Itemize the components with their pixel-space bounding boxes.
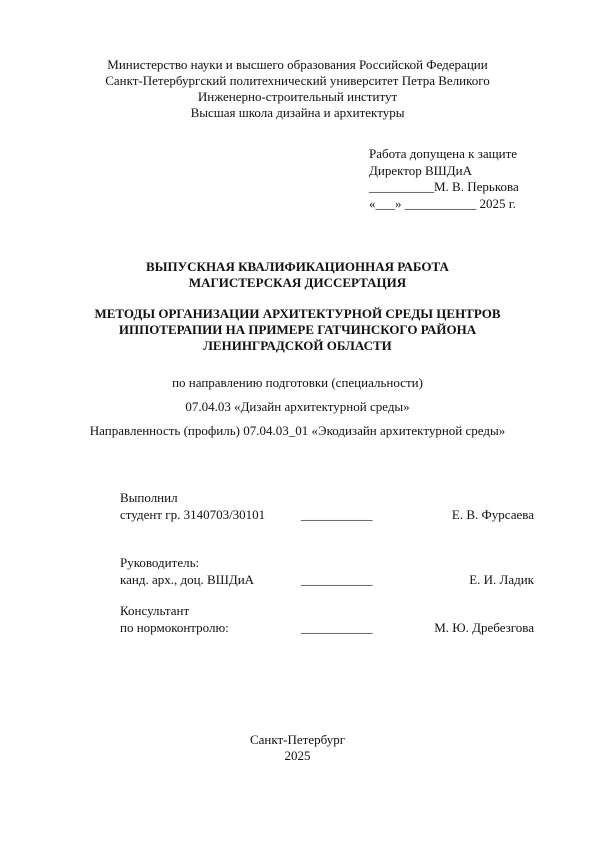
supervisor-signature-row: канд. арх., доц. ВШДиА ___________ Е. И.… (120, 572, 534, 588)
supervisor-signature-line: ___________ (301, 572, 373, 588)
consultant-signature-row: по нормоконтролю: ___________ М. Ю. Дреб… (120, 620, 534, 636)
work-type-line-2: МАГИСТЕРСКАЯ ДИССЕРТАЦИЯ (0, 275, 595, 291)
thesis-title-line-1: МЕТОДЫ ОРГАНИЗАЦИИ АРХИТЕКТУРНОЙ СРЕДЫ Ц… (0, 306, 595, 322)
thesis-title: МЕТОДЫ ОРГАНИЗАЦИИ АРХИТЕКТУРНОЙ СРЕДЫ Ц… (0, 306, 595, 354)
student-signature-row: студент гр. 3140703/30101 ___________ Е.… (120, 507, 534, 523)
header-line-ministry: Министерство науки и высшего образования… (0, 57, 595, 73)
study-direction: по направлению подготовки (специальности… (0, 371, 595, 443)
direction-line-3: Направленность (профиль) 07.04.03_01 «Эк… (0, 419, 595, 443)
header-line-university: Санкт-Петербургский политехнический унив… (0, 73, 595, 89)
footer-year: 2025 (0, 748, 595, 764)
footer-city: Санкт-Петербург (0, 732, 595, 748)
consultant-signature-line: ___________ (301, 620, 373, 636)
student-name: Е. В. Фурсаева (452, 507, 534, 523)
thesis-title-line-3: ЛЕНИНГРАДСКОЙ ОБЛАСТИ (0, 338, 595, 354)
supervisor-label: Руководитель: (120, 555, 199, 571)
supervisor-role: канд. арх., доц. ВШДиА (120, 572, 254, 588)
consultant-label: Консультант (120, 603, 189, 619)
student-label: Выполнил (120, 490, 178, 506)
approval-line-admitted: Работа допущена к защите (369, 146, 519, 163)
thesis-title-line-2: ИППОТЕРАПИИ НА ПРИМЕРЕ ГАТЧИНСКОГО РАЙОН… (0, 322, 595, 338)
footer: Санкт-Петербург 2025 (0, 732, 595, 764)
approval-line-date: «___» ___________ 2025 г. (369, 196, 519, 213)
direction-line-2: 07.04.03 «Дизайн архитектурной среды» (0, 395, 595, 419)
ministry-header: Министерство науки и высшего образования… (0, 57, 595, 121)
work-type-line-1: ВЫПУСКНАЯ КВАЛИФИКАЦИОННАЯ РАБОТА (0, 259, 595, 275)
header-line-school: Высшая школа дизайна и архитектуры (0, 105, 595, 121)
consultant-name: М. Ю. Дребезгова (434, 620, 534, 636)
student-role: студент гр. 3140703/30101 (120, 507, 265, 523)
work-type: ВЫПУСКНАЯ КВАЛИФИКАЦИОННАЯ РАБОТА МАГИСТ… (0, 259, 595, 291)
supervisor-name: Е. И. Ладик (469, 572, 534, 588)
approval-line-director: Директор ВШДиА (369, 163, 519, 180)
approval-block: Работа допущена к защите Директор ВШДиА … (369, 146, 519, 212)
direction-line-1: по направлению подготовки (специальности… (0, 371, 595, 395)
student-signature-line: ___________ (301, 507, 373, 523)
header-line-institute: Инженерно-строительный институт (0, 89, 595, 105)
consultant-role: по нормоконтролю: (120, 620, 229, 636)
approval-line-signature: __________М. В. Перькова (369, 179, 519, 196)
